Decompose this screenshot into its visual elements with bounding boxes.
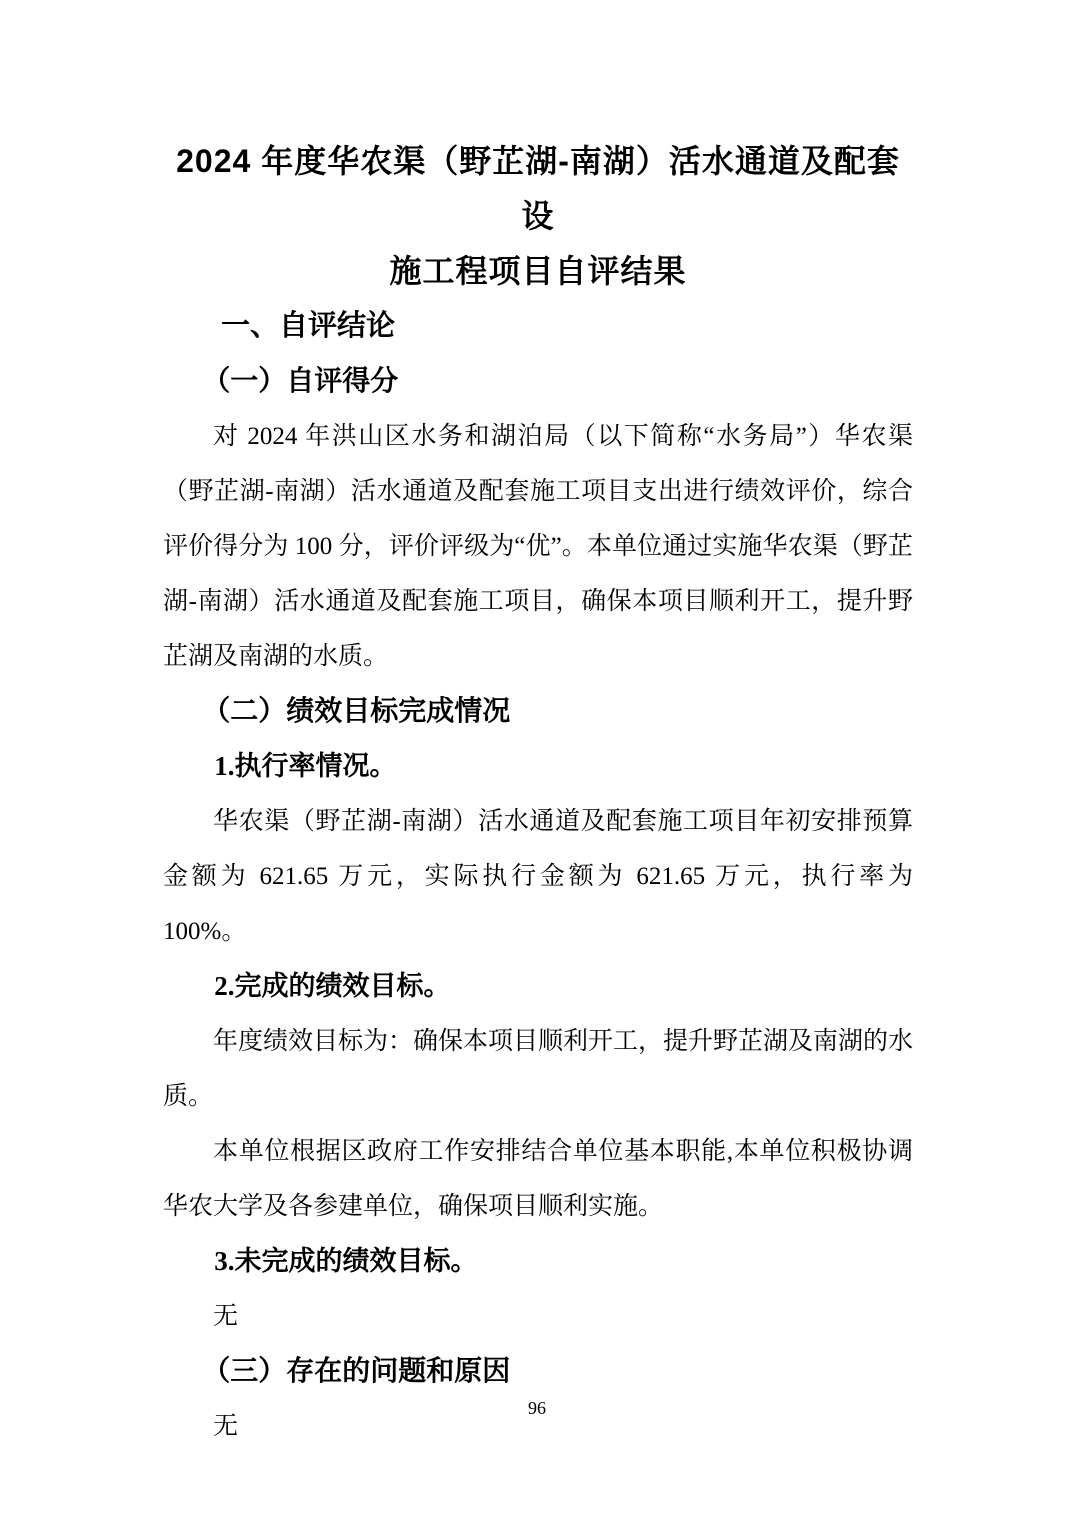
answer-none-uncompleted-goals: 无 — [163, 1289, 913, 1344]
item-heading-uncompleted-goals: 3.未完成的绩效目标。 — [163, 1234, 913, 1289]
paragraph-annual-goal: 年度绩效目标为：确保本项目顺利开工，提升野芷湖及南湖的水质。 — [163, 1014, 913, 1124]
document-title: 2024 年度华农渠（野芷湖-南湖）活水通道及配套设 施工程项目自评结果 — [163, 134, 913, 299]
page-number: 96 — [0, 1398, 1074, 1419]
subsection-heading-self-evaluation-score: （一）自评得分 — [163, 354, 913, 409]
paragraph-execution-rate-detail: 华农渠（野芷湖-南湖）活水通道及配套施工项目年初安排预算金额为 621.65 万… — [163, 794, 913, 959]
section-heading-self-evaluation-conclusion: 一、自评结论 — [163, 299, 913, 354]
document-title-line-2: 施工程项目自评结果 — [163, 244, 913, 299]
document-page: 2024 年度华农渠（野芷湖-南湖）活水通道及配套设 施工程项目自评结果 一、自… — [0, 0, 1074, 1520]
subsection-heading-performance-goal-completion: （二）绩效目标完成情况 — [163, 684, 913, 739]
paragraph-unit-coordination: 本单位根据区政府工作安排结合单位基本职能,本单位积极协调华农大学及各参建单位，确… — [163, 1124, 913, 1234]
item-heading-completed-goals: 2.完成的绩效目标。 — [163, 959, 913, 1014]
document-title-line-1: 2024 年度华农渠（野芷湖-南湖）活水通道及配套设 — [163, 134, 913, 244]
item-heading-execution-rate: 1.执行率情况。 — [163, 739, 913, 794]
subsection-heading-problems-and-causes: （三）存在的问题和原因 — [163, 1344, 913, 1399]
paragraph-evaluation-summary: 对 2024 年洪山区水务和湖泊局（以下简称“水务局”）华农渠（野芷湖-南湖）活… — [163, 409, 913, 684]
